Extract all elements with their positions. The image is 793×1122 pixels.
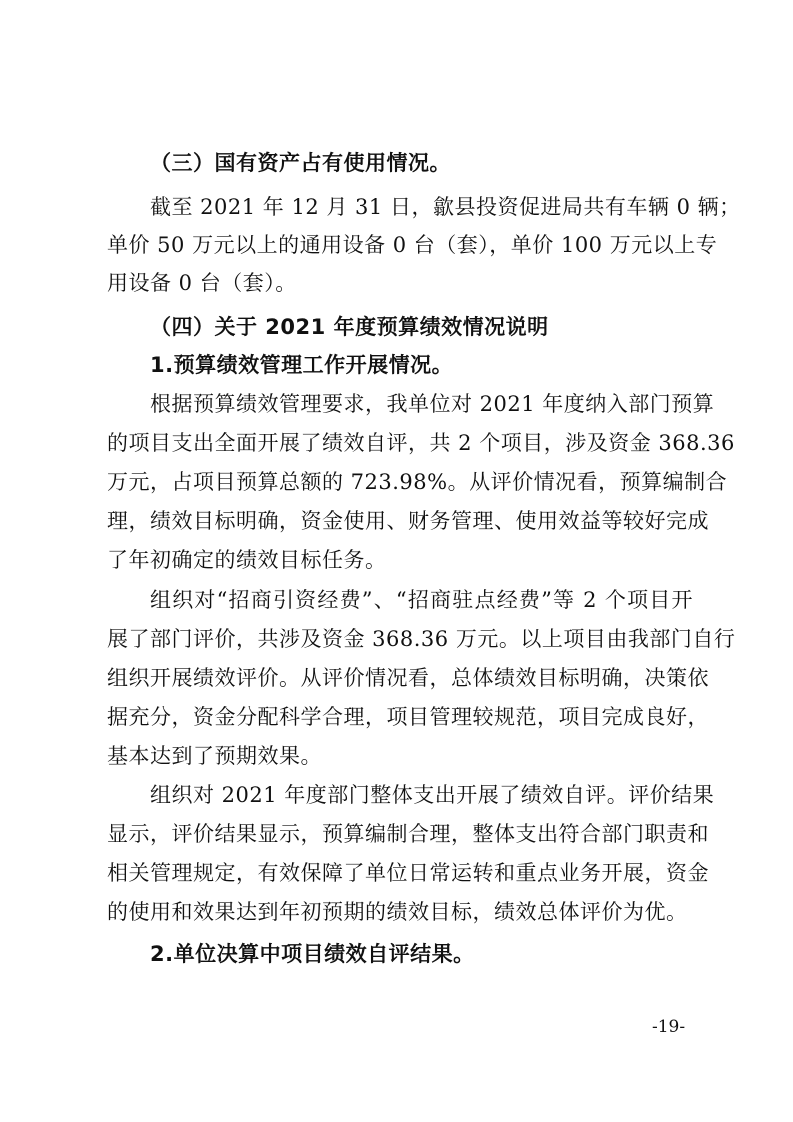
paragraph-line: 展了部门评价，共涉及资金 368.36 万元。以上项目由我部门自行 bbox=[107, 627, 693, 651]
paragraph-line: 了年初确定的绩效目标任务。 bbox=[107, 548, 693, 572]
paragraph-line: 用设备 0 台（套）。 bbox=[107, 271, 693, 295]
paragraph-line: 的项目支出全面开展了绩效自评，共 2 个项目，涉及资金 368.36 bbox=[107, 431, 693, 455]
paragraph-line: 据充分，资金分配科学合理，项目管理较规范，项目完成良好， bbox=[107, 705, 693, 729]
paragraph-line: 理，绩效目标明确，资金使用、财务管理、使用效益等较好完成 bbox=[107, 509, 693, 533]
paragraph-line: 基本达到了预期效果。 bbox=[107, 744, 693, 768]
paragraph-line: 根据预算绩效管理要求，我单位对 2021 年度纳入部门预算 bbox=[150, 392, 693, 416]
paragraph-line: 的使用和效果达到年初预期的绩效目标，绩效总体评价为优。 bbox=[107, 900, 693, 924]
paragraph-line: 万元，占项目预算总额的 723.98%。从评价情况看，预算编制合 bbox=[107, 470, 693, 494]
subsection-heading-2: 2.单位决算中项目绩效自评结果。 bbox=[150, 942, 693, 966]
document-page: （三）国有资产占有使用情况。 截至 2021 年 12 月 31 日，歙县投资促… bbox=[0, 0, 793, 1122]
paragraph-line: 组织对“招商引资经费”、“招商驻点经费”等 2 个项目开 bbox=[150, 588, 693, 612]
section-heading-assets: （三）国有资产占有使用情况。 bbox=[150, 151, 693, 175]
paragraph-line: 截至 2021 年 12 月 31 日，歙县投资促进局共有车辆 0 辆； bbox=[150, 195, 693, 219]
paragraph-line: 单价 50 万元以上的通用设备 0 台（套），单价 100 万元以上专 bbox=[107, 233, 693, 257]
subsection-heading-1: 1.预算绩效管理工作开展情况。 bbox=[150, 353, 693, 377]
section-heading-performance: （四）关于 2021 年度预算绩效情况说明 bbox=[150, 315, 693, 339]
paragraph-line: 组织对 2021 年度部门整体支出开展了绩效自评。评价结果 bbox=[150, 783, 693, 807]
page-number: -19- bbox=[652, 1017, 685, 1037]
paragraph-line: 相关管理规定，有效保障了单位日常运转和重点业务开展，资金 bbox=[107, 861, 693, 885]
paragraph-line: 显示，评价结果显示，预算编制合理，整体支出符合部门职责和 bbox=[107, 822, 693, 846]
paragraph-line: 组织开展绩效评价。从评价情况看，总体绩效目标明确，决策依 bbox=[107, 666, 693, 690]
